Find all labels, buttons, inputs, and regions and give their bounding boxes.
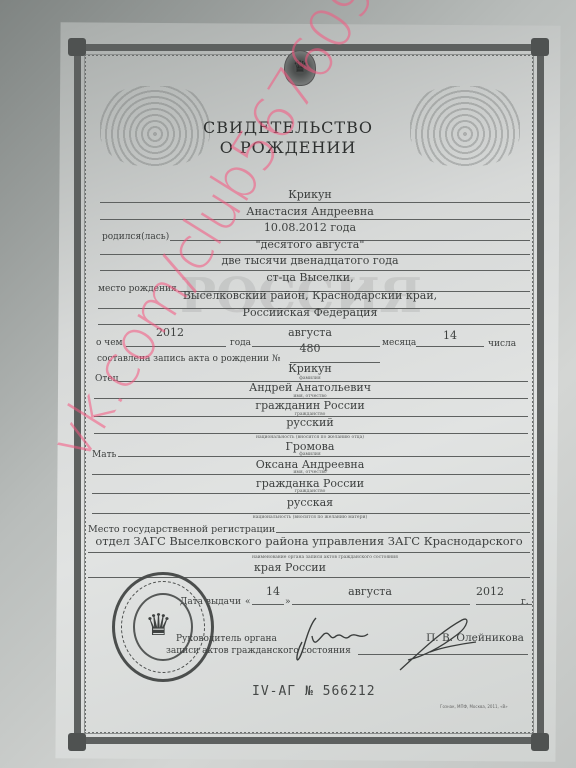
label-year: года: [230, 338, 251, 348]
certificate-serial-number: IV-АГ № 566212: [252, 684, 376, 699]
registration-place-2: края России: [240, 561, 340, 574]
issue-month: августа: [330, 585, 410, 598]
label-head-1: Руководитель органа: [176, 634, 277, 644]
form-line: [92, 513, 530, 514]
father-citizenship: гражданин России: [220, 399, 400, 412]
border-corner-ornament: [531, 733, 549, 751]
border-corner-ornament: [68, 733, 86, 751]
sublabel-name: имя, отчество: [280, 470, 340, 475]
father-nationality: русский: [240, 416, 380, 429]
signature: [290, 612, 480, 672]
sublabel-nationality: национальность (вносится по желанию мате…: [220, 515, 400, 520]
form-line: [100, 219, 530, 220]
registration-place-1: отдел ЗАГС Выселковского района управлен…: [94, 534, 524, 548]
label-month: месяца: [382, 338, 416, 348]
birthplace-line-1: ст-ца Выселки,: [200, 271, 420, 284]
sublabel-surname: фамилия: [280, 452, 340, 457]
record-day: 14: [430, 329, 470, 342]
father-name: Андрей Анатольевич: [220, 381, 400, 394]
form-line: [94, 433, 528, 434]
issue-quote-open: «: [245, 597, 251, 607]
form-line: [88, 552, 530, 553]
form-line: [276, 532, 530, 533]
border-corner-ornament: [68, 38, 86, 56]
border-corner-ornament: [531, 38, 549, 56]
record-number: 480: [290, 342, 330, 355]
seal-eagle-icon: ♛: [145, 608, 172, 643]
printer-imprint: Гознак, МПФ, Москва, 2011, «В»: [440, 704, 508, 709]
record-month: августа: [280, 326, 340, 339]
sublabel-citizenship: гражданство: [280, 489, 340, 494]
form-line: [292, 604, 470, 605]
father-surname: Крикун: [260, 362, 360, 375]
issue-quote-close: »: [285, 597, 291, 607]
form-line: [252, 604, 284, 605]
form-line: [416, 346, 484, 347]
form-line: [100, 202, 530, 203]
birthplace-line-3: Российская Федерация: [200, 306, 420, 319]
mother-nationality: русская: [240, 496, 380, 509]
sublabel-registration: наименование органа записи актов граждан…: [220, 555, 430, 560]
issue-year-suffix: г.: [521, 597, 529, 607]
issue-year: 2012: [470, 585, 510, 598]
label-day: числа: [488, 339, 516, 349]
